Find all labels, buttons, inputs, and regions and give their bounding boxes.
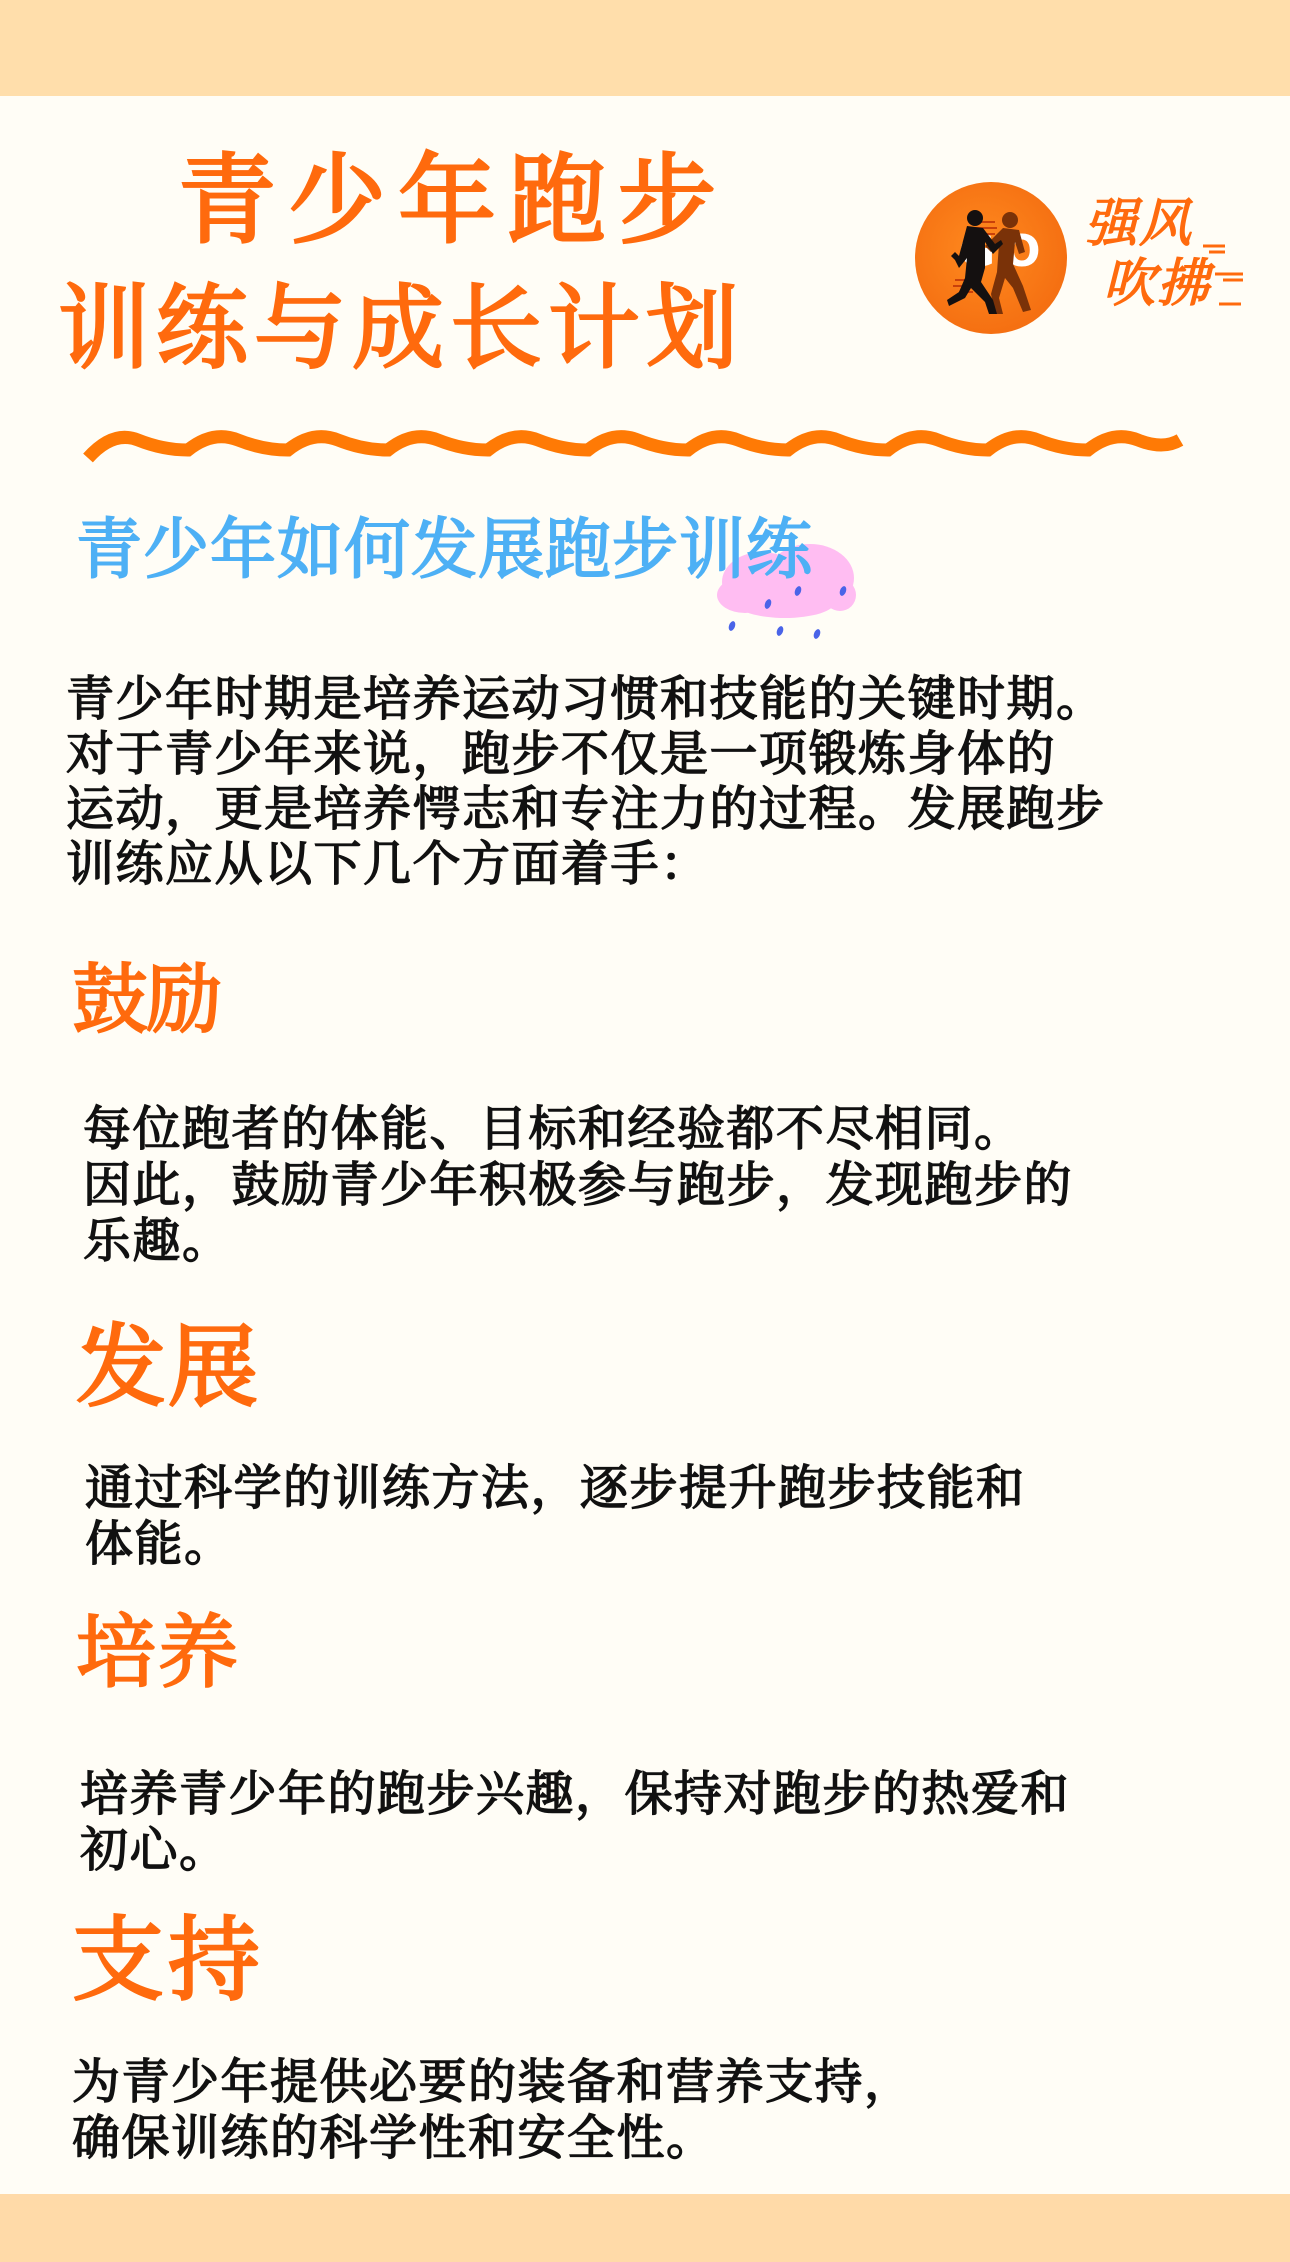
section-heading-cultivate: 培养 [76, 1613, 240, 1693]
body-line: 体能。 [85, 1516, 1026, 1572]
section-body-encourage: 每位跑者的体能、目标和经验都不尽相同。 因此，鼓励青少年积极参与跑步，发现跑步的… [83, 1101, 1073, 1269]
bottom-band [0, 2194, 1290, 2262]
body-line: 通过科学的训练方法，逐步提升跑步技能和 [85, 1460, 1026, 1516]
body-line: 为青少年提供必要的装备和营养支持， [72, 2054, 914, 2110]
intro-line: 青少年时期是培养运动习惯和技能的关键时期。 [66, 672, 1106, 727]
body-line: 乐趣。 [83, 1213, 1073, 1269]
body-line: 因此，鼓励青少年积极参与跑步，发现跑步的 [83, 1157, 1073, 1213]
intro-line: 运动，更是培养愕志和专注力的过程。发展跑步 [66, 782, 1106, 837]
section-subtitle: 青少年如何发展跑步训练 [76, 517, 813, 583]
intro-line: 对于青少年来说，跑步不仅是一项锻炼身体的 [66, 727, 1106, 782]
page-title-line-2: 训练与成长计划 [58, 283, 744, 375]
page-title-line-1: 青少年跑步 [178, 152, 728, 250]
section-heading-support: 支持 [72, 1915, 264, 2007]
intro-line: 训练应从以下几个方面着手： [66, 837, 1106, 892]
wavy-divider-icon [80, 420, 1195, 470]
intro-paragraph: 青少年时期是培养运动习惯和技能的关键时期。 对于青少年来说，跑步不仅是一项锻炼身… [66, 672, 1106, 892]
section-body-cultivate: 培养青少年的跑步兴趣，保持对跑步的热爱和 初心。 [80, 1766, 1070, 1878]
body-line: 初心。 [80, 1822, 1070, 1878]
brand-name-line-1: 强风 [1085, 198, 1193, 250]
body-line: 每位跑者的体能、目标和经验都不尽相同。 [83, 1101, 1073, 1157]
section-heading-encourage: 鼓励 [72, 962, 220, 1038]
running-people-icon [915, 182, 1067, 334]
top-band [0, 0, 1290, 96]
section-heading-develop: 发展 [76, 1323, 260, 1413]
body-line: 培养青少年的跑步兴趣，保持对跑步的热爱和 [80, 1766, 1070, 1822]
body-line: 确保训练的科学性和安全性。 [72, 2110, 914, 2166]
section-body-develop: 通过科学的训练方法，逐步提升跑步技能和 体能。 [85, 1460, 1026, 1572]
section-body-support: 为青少年提供必要的装备和营养支持， 确保训练的科学性和安全性。 [72, 2054, 914, 2166]
brand-name-line-2: 吹拂 [1103, 258, 1211, 310]
brand-logo: GO [915, 182, 1070, 337]
